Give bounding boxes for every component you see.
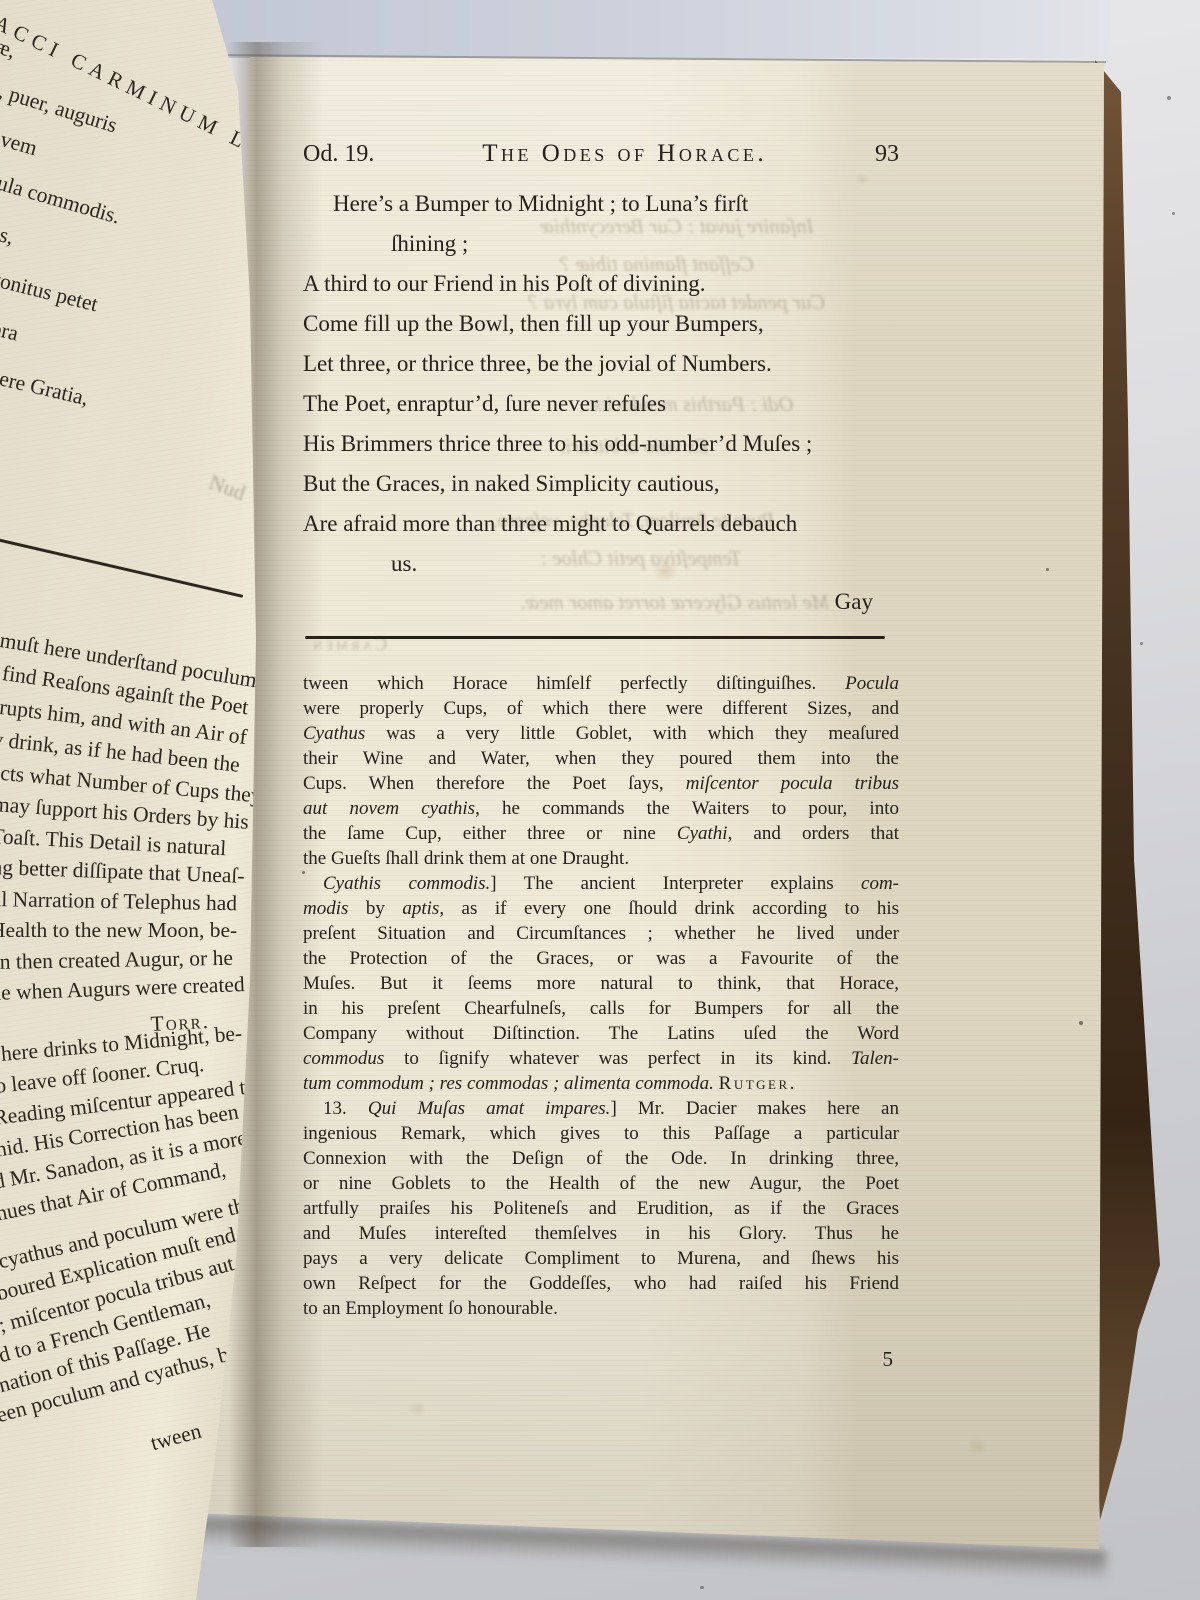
left-page-line: d Mr. Sanadon, as it is a more xyxy=(0,1126,249,1195)
commentary-line: tween which Horace himſelf perfectly diſ… xyxy=(303,671,899,696)
left-page-line: may ſupport his Orders by his xyxy=(0,792,250,835)
commentary-line: 13. Qui Muſas amat impares.] Mr. Dacier … xyxy=(303,1096,899,1121)
left-page-line: here drinks to Midnight, be- xyxy=(0,1021,243,1067)
left-page-line: ects what Number of Cups they xyxy=(0,760,263,809)
commentary-line: in his preſent Chearfulneſs, calls for B… xyxy=(303,996,899,1021)
left-page-catchword: tween xyxy=(148,1419,204,1456)
commentary-line: commodus to ſignify whatever was perfect… xyxy=(303,1046,899,1071)
page-number: 93 xyxy=(875,141,899,168)
commentary-line: Cups. When therefore the Poet ſays, miſc… xyxy=(303,771,899,796)
commentary-line: preſent Situation and Circumſtances ; wh… xyxy=(303,921,899,946)
left-page-line: ovem xyxy=(0,124,40,161)
left-page-line: en then created Augur, or he xyxy=(0,946,233,975)
left-section-rule xyxy=(0,536,243,598)
commentary-line: Cyathus was a very little Goblet, with w… xyxy=(303,721,899,746)
dust-speck xyxy=(1167,96,1171,100)
commentary-line: to an Employment ſo honourable. xyxy=(303,1296,899,1321)
left-page-line: a, puer, auguris xyxy=(0,76,120,138)
commentary-line: and Muſes intereſted themſelves in his G… xyxy=(303,1221,899,1246)
dust-speck xyxy=(1140,642,1143,645)
page-speck xyxy=(1079,1021,1083,1025)
left-page-line: nid. His Correction has been xyxy=(0,1100,240,1163)
commentary-line: the ſame Cup, either three or nine Cyath… xyxy=(303,821,899,846)
left-page-line: boured Explication muſt end xyxy=(0,1223,238,1307)
left-page-line: Torr. xyxy=(150,1009,211,1037)
commentary-line: Muſes. But it ſeems more natural to thin… xyxy=(303,971,899,996)
left-page-line: gere Gratia, xyxy=(0,364,91,411)
commentary-line: Connexion with the Deſign of the Ode. In… xyxy=(303,1146,899,1171)
poem-line: But the Graces, in naked Simplicity caut… xyxy=(303,464,899,504)
commentary-line: or nine Goblets to the Health of the new… xyxy=(303,1171,899,1196)
left-page-line: Reading miſcentur appeared to xyxy=(0,1074,258,1131)
commentary-line: were properly Cups, of which there were … xyxy=(303,696,899,721)
commentary-line: modis by aptis, as if every one ſhould d… xyxy=(303,896,899,921)
left-page-line: æ, xyxy=(0,34,19,64)
page-speck xyxy=(1046,568,1049,571)
commentary-line: aut novem cyathis, he commands the Waite… xyxy=(303,796,899,821)
page-title: The Odes of Horace. xyxy=(482,140,767,168)
commentary-line: ingenious Remark, which gives to this Pa… xyxy=(303,1121,899,1146)
commentary-line: own Reſpect for the Goddeſſes, who had r… xyxy=(303,1271,899,1296)
dust-speck xyxy=(700,1586,704,1589)
commentary: tween which Horace himſelf perfectly diſ… xyxy=(303,671,899,1321)
left-page-line: find Reaſons againſt the Poet xyxy=(1,661,250,720)
poem-line: A third to our Friend in his Poſt of div… xyxy=(303,264,899,304)
poem-line: His Brimmers thrice three to his odd-num… xyxy=(303,424,899,464)
left-page-line: al Narration of Telephus had xyxy=(0,887,237,916)
poem-line: The Poet, enraptur’d, ſure never refuſes xyxy=(303,384,899,424)
poem-line: Come fill up the Bowl, then fill up your… xyxy=(303,304,899,344)
running-header: Od. 19. The Odes of Horace. 93 xyxy=(303,140,899,170)
left-page-line: Toaſt. This Detail is natural xyxy=(0,824,227,861)
book-photo: Inſanire juvat : Cur Berecynthiæ Ceſſant… xyxy=(0,0,1200,1600)
commentary-line: artfully praiſes his Politeneſs and Erud… xyxy=(303,1196,899,1221)
left-page-line: ng better diſſipate that Uneaſ- xyxy=(0,855,245,889)
commentary-line: their Wine and Water, when they poured t… xyxy=(303,746,899,771)
left-page-line: d to a French Gentleman, xyxy=(0,1288,213,1369)
left-page-line: y drink, as if he had been the xyxy=(0,727,241,778)
commentary-line: the Protection of the Graces, or was a F… xyxy=(303,946,899,971)
background-top-band xyxy=(198,0,1110,58)
commentary-line: Company without Diſtinction. The Latins … xyxy=(303,1021,899,1046)
left-page-line: o leave off ſooner. Cruq. xyxy=(0,1052,205,1099)
poem-attribution: Gay xyxy=(303,584,899,620)
commentary-line: pays a very delicate Compliment to Muren… xyxy=(303,1246,899,1271)
page-content: Od. 19. The Odes of Horace. 93 Here’s a … xyxy=(303,140,899,1372)
poem-line: Are afraid more than three might to Quar… xyxy=(303,504,899,544)
foxing-stain xyxy=(962,1434,992,1460)
left-page-line: nation of this Paſſage. He xyxy=(0,1318,213,1399)
left-page-line: muſt here underſtand poculum xyxy=(0,628,259,693)
commentary-line: the Gueſts ſhall drink them at one Draug… xyxy=(303,846,899,871)
left-page-line: cyathus and poculum were the xyxy=(0,1191,256,1274)
left-page-line: ne when Augurs were created xyxy=(0,972,245,1006)
section-rule xyxy=(305,636,885,639)
left-page-line: rrupts him, and with an Air of xyxy=(0,694,248,750)
dust-speck xyxy=(1172,212,1175,215)
left-page-line: pra xyxy=(0,316,21,347)
poem-line: Here’s a Bumper to Midnight ; to Luna’s … xyxy=(303,184,899,224)
foxing-stain xyxy=(404,1398,430,1420)
left-page-line: ttonitus petet xyxy=(0,266,100,317)
poem: Here’s a Bumper to Midnight ; to Luna’s … xyxy=(303,184,899,584)
commentary-line: tum commodum ; res commodas ; alimenta c… xyxy=(303,1071,899,1096)
left-page-line: es, xyxy=(0,220,17,250)
poem-line: ſhining ; xyxy=(303,224,899,264)
left-page-line: nues that Air of Command, xyxy=(0,1157,228,1226)
poem-line: Let three, or thrice three, be the jovia… xyxy=(303,344,899,384)
commentary-line: Cyathis commodis.] The ancient Interpret… xyxy=(303,871,899,896)
signature-mark: 5 xyxy=(303,1347,899,1372)
poem-line: us. xyxy=(303,544,899,584)
left-page-line: ; miſcentor pocula tribus aut xyxy=(0,1251,237,1338)
left-page-line: een poculum and cyathus, be- xyxy=(0,1338,248,1428)
left-page-line: cula commodis. xyxy=(0,168,123,230)
left-page-line: Health to the new Moon, be- xyxy=(0,918,237,943)
left-page-line: Nud xyxy=(205,470,248,506)
